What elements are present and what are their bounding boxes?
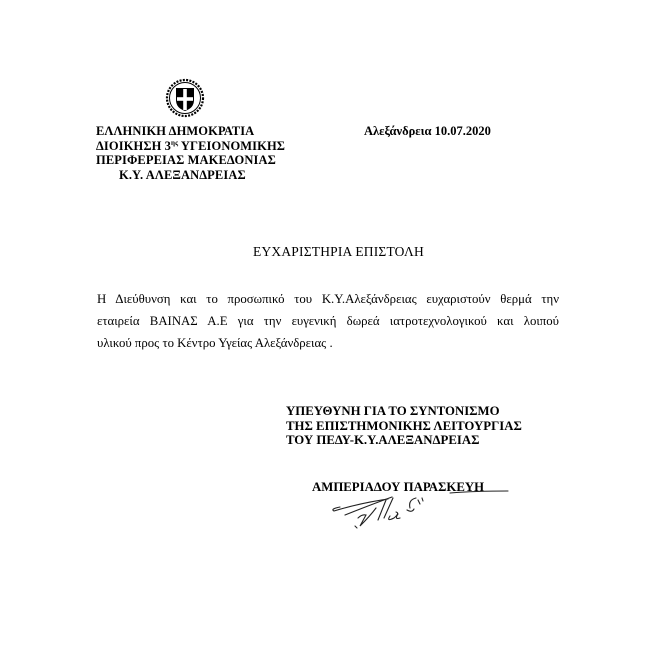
header-line-region: ΠΕΡΙΦΕΡΕΙΑΣ ΜΑΚΕΔΟΝΙΑΣ <box>96 153 285 168</box>
greek-coat-of-arms-icon <box>165 78 205 118</box>
header-line-health-authority: ΔΙΟΙΚΗΣΗ 3ης ΥΓΕΙΟΝΟΜΙΚΗΣ <box>96 139 285 154</box>
signatory-role-line: ΥΠΕΥΘΥΝΗ ΓΙΑ ΤΟ ΣΥΝΤΟΝΙΣΜΟ <box>286 404 522 419</box>
header-line-republic: ΕΛΛΗΝΙΚΗ ΔΗΜΟΚΡΑΤΙΑ <box>96 124 285 139</box>
body-line: εταιρεία ΒΑΙΝΑΣ Α.Ε για την ευγενική δωρ… <box>97 310 559 332</box>
handwritten-signature-icon <box>300 478 520 538</box>
body-line: Η Διεύθυνση και το προσωπικό του Κ.Υ.Αλε… <box>97 288 559 310</box>
letter-date: Αλεξάνδρεια 10.07.2020 <box>364 124 491 139</box>
signatory-role-line: ΤΟΥ ΠΕΔΥ-Κ.Υ.ΑΛΕΞΑΝΔΡΕΙΑΣ <box>286 433 522 448</box>
header-line-health-center: Κ.Υ. ΑΛΕΞΑΝΔΡΕΙΑΣ <box>96 168 285 183</box>
issuer-header: ΕΛΛΗΝΙΚΗ ΔΗΜΟΚΡΑΤΙΑ ΔΙΟΙΚΗΣΗ 3ης ΥΓΕΙΟΝΟ… <box>96 124 285 182</box>
signatory-role-line: ΤΗΣ ΕΠΙΣΤΗΜΟΝΙΚΗΣ ΛΕΙΤΟΥΡΓΙΑΣ <box>286 419 522 434</box>
letter-body: Η Διεύθυνση και το προσωπικό του Κ.Υ.Αλε… <box>97 288 559 354</box>
letter-title: ΕΥΧΑΡΙΣΤΗΡΙΑ ΕΠΙΣΤΟΛΗ <box>253 244 424 260</box>
signatory-role: ΥΠΕΥΘΥΝΗ ΓΙΑ ΤΟ ΣΥΝΤΟΝΙΣΜΟ ΤΗΣ ΕΠΙΣΤΗΜΟΝ… <box>286 404 522 448</box>
body-line: υλικού προς το Κέντρο Υγείας Αλεξάνδρεια… <box>97 332 559 354</box>
